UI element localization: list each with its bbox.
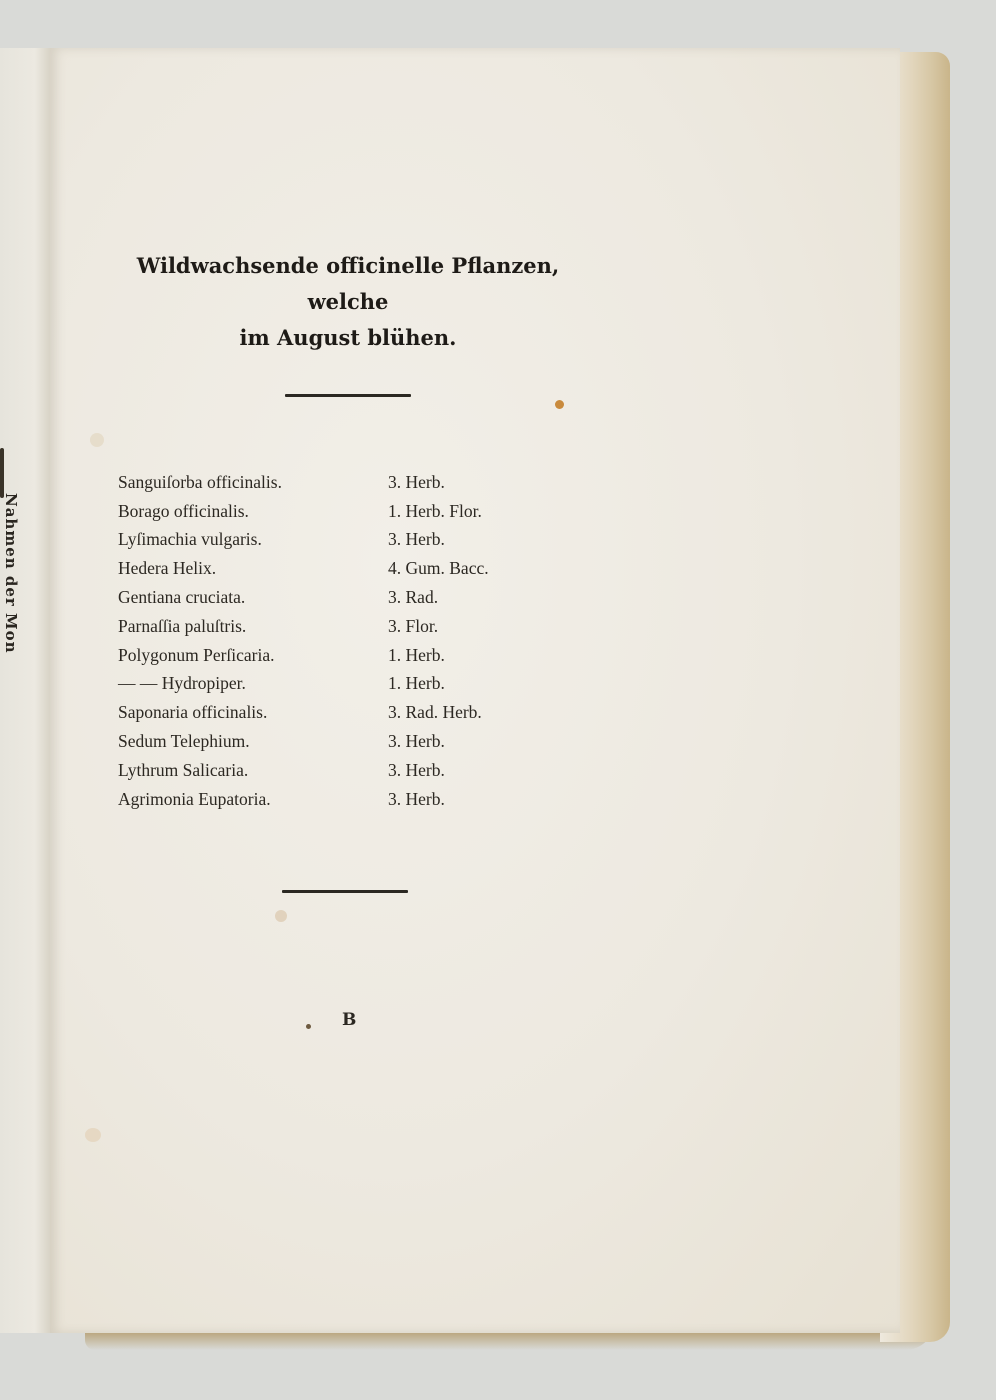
plant-name: Agrimonia Eupatoria. bbox=[118, 789, 388, 810]
left-page-text-fragment: Nahmen der Mon bbox=[2, 493, 20, 654]
list-item: Hedera Helix.4. Gum. Bacc. bbox=[118, 554, 538, 583]
plant-name: Saponaria officinalis. bbox=[118, 702, 388, 723]
top-divider-rule bbox=[285, 394, 411, 397]
signature-mark: B bbox=[342, 1010, 356, 1030]
page-title: Wildwachsende officinelle Pflanzen, welc… bbox=[108, 248, 588, 356]
title-line-2: im August blühen. bbox=[108, 320, 588, 356]
plant-use: 3. Herb. bbox=[388, 760, 538, 781]
plant-use: 4. Gum. Bacc. bbox=[388, 558, 538, 579]
plant-name: Gentiana cruciata. bbox=[118, 587, 388, 608]
list-item: Borago officinalis.1. Herb. Flor. bbox=[118, 497, 538, 526]
list-item: — — Hydropiper.1. Herb. bbox=[118, 670, 538, 699]
plant-name: Hedera Helix. bbox=[118, 558, 388, 579]
plant-use: 3. Rad. Herb. bbox=[388, 702, 538, 723]
foxing-spot bbox=[306, 1024, 311, 1029]
foxing-spot bbox=[85, 1128, 101, 1142]
left-page-edge: Nahmen der Mon bbox=[0, 48, 51, 1333]
right-page: Wildwachsende officinelle Pflanzen, welc… bbox=[50, 48, 900, 1333]
plant-name: Sanguiſorba officinalis. bbox=[118, 472, 388, 493]
bottom-divider-rule bbox=[282, 890, 408, 893]
list-item: Sedum Telephium.3. Herb. bbox=[118, 727, 538, 756]
list-item: Polygonum Perſicaria.1. Herb. bbox=[118, 641, 538, 670]
plant-name: Sedum Telephium. bbox=[118, 731, 388, 752]
plant-name: Polygonum Perſicaria. bbox=[118, 645, 388, 666]
plant-use: 3. Herb. bbox=[388, 731, 538, 752]
foxing-spot bbox=[555, 400, 564, 409]
plant-name: Parnaſſia paluſtris. bbox=[118, 616, 388, 637]
plant-use: 1. Herb. Flor. bbox=[388, 501, 538, 522]
list-item: Parnaſſia paluſtris.3. Flor. bbox=[118, 612, 538, 641]
left-page-ink-mark bbox=[0, 448, 4, 498]
list-item: Gentiana cruciata.3. Rad. bbox=[118, 583, 538, 612]
plant-name: — — Hydropiper. bbox=[118, 673, 388, 694]
foxing-spot bbox=[275, 910, 287, 922]
plant-list: Sanguiſorba officinalis.3. Herb. Borago … bbox=[118, 468, 538, 814]
plant-use: 1. Herb. bbox=[388, 645, 538, 666]
plant-use: 1. Herb. bbox=[388, 673, 538, 694]
list-item: Agrimonia Eupatoria.3. Herb. bbox=[118, 785, 538, 814]
plant-use: 3. Flor. bbox=[388, 616, 538, 637]
plant-use: 3. Herb. bbox=[388, 529, 538, 550]
foxing-spot bbox=[90, 433, 104, 447]
plant-use: 3. Herb. bbox=[388, 472, 538, 493]
list-item: Sanguiſorba officinalis.3. Herb. bbox=[118, 468, 538, 497]
plant-use: 3. Herb. bbox=[388, 789, 538, 810]
plant-name: Lythrum Salicaria. bbox=[118, 760, 388, 781]
plant-name: Lyſimachia vulgaris. bbox=[118, 529, 388, 550]
plant-use: 3. Rad. bbox=[388, 587, 538, 608]
plant-name: Borago officinalis. bbox=[118, 501, 388, 522]
list-item: Lyſimachia vulgaris.3. Herb. bbox=[118, 526, 538, 555]
list-item: Saponaria officinalis.3. Rad. Herb. bbox=[118, 698, 538, 727]
title-line-1: Wildwachsende officinelle Pflanzen, welc… bbox=[108, 248, 588, 320]
list-item: Lythrum Salicaria.3. Herb. bbox=[118, 756, 538, 785]
